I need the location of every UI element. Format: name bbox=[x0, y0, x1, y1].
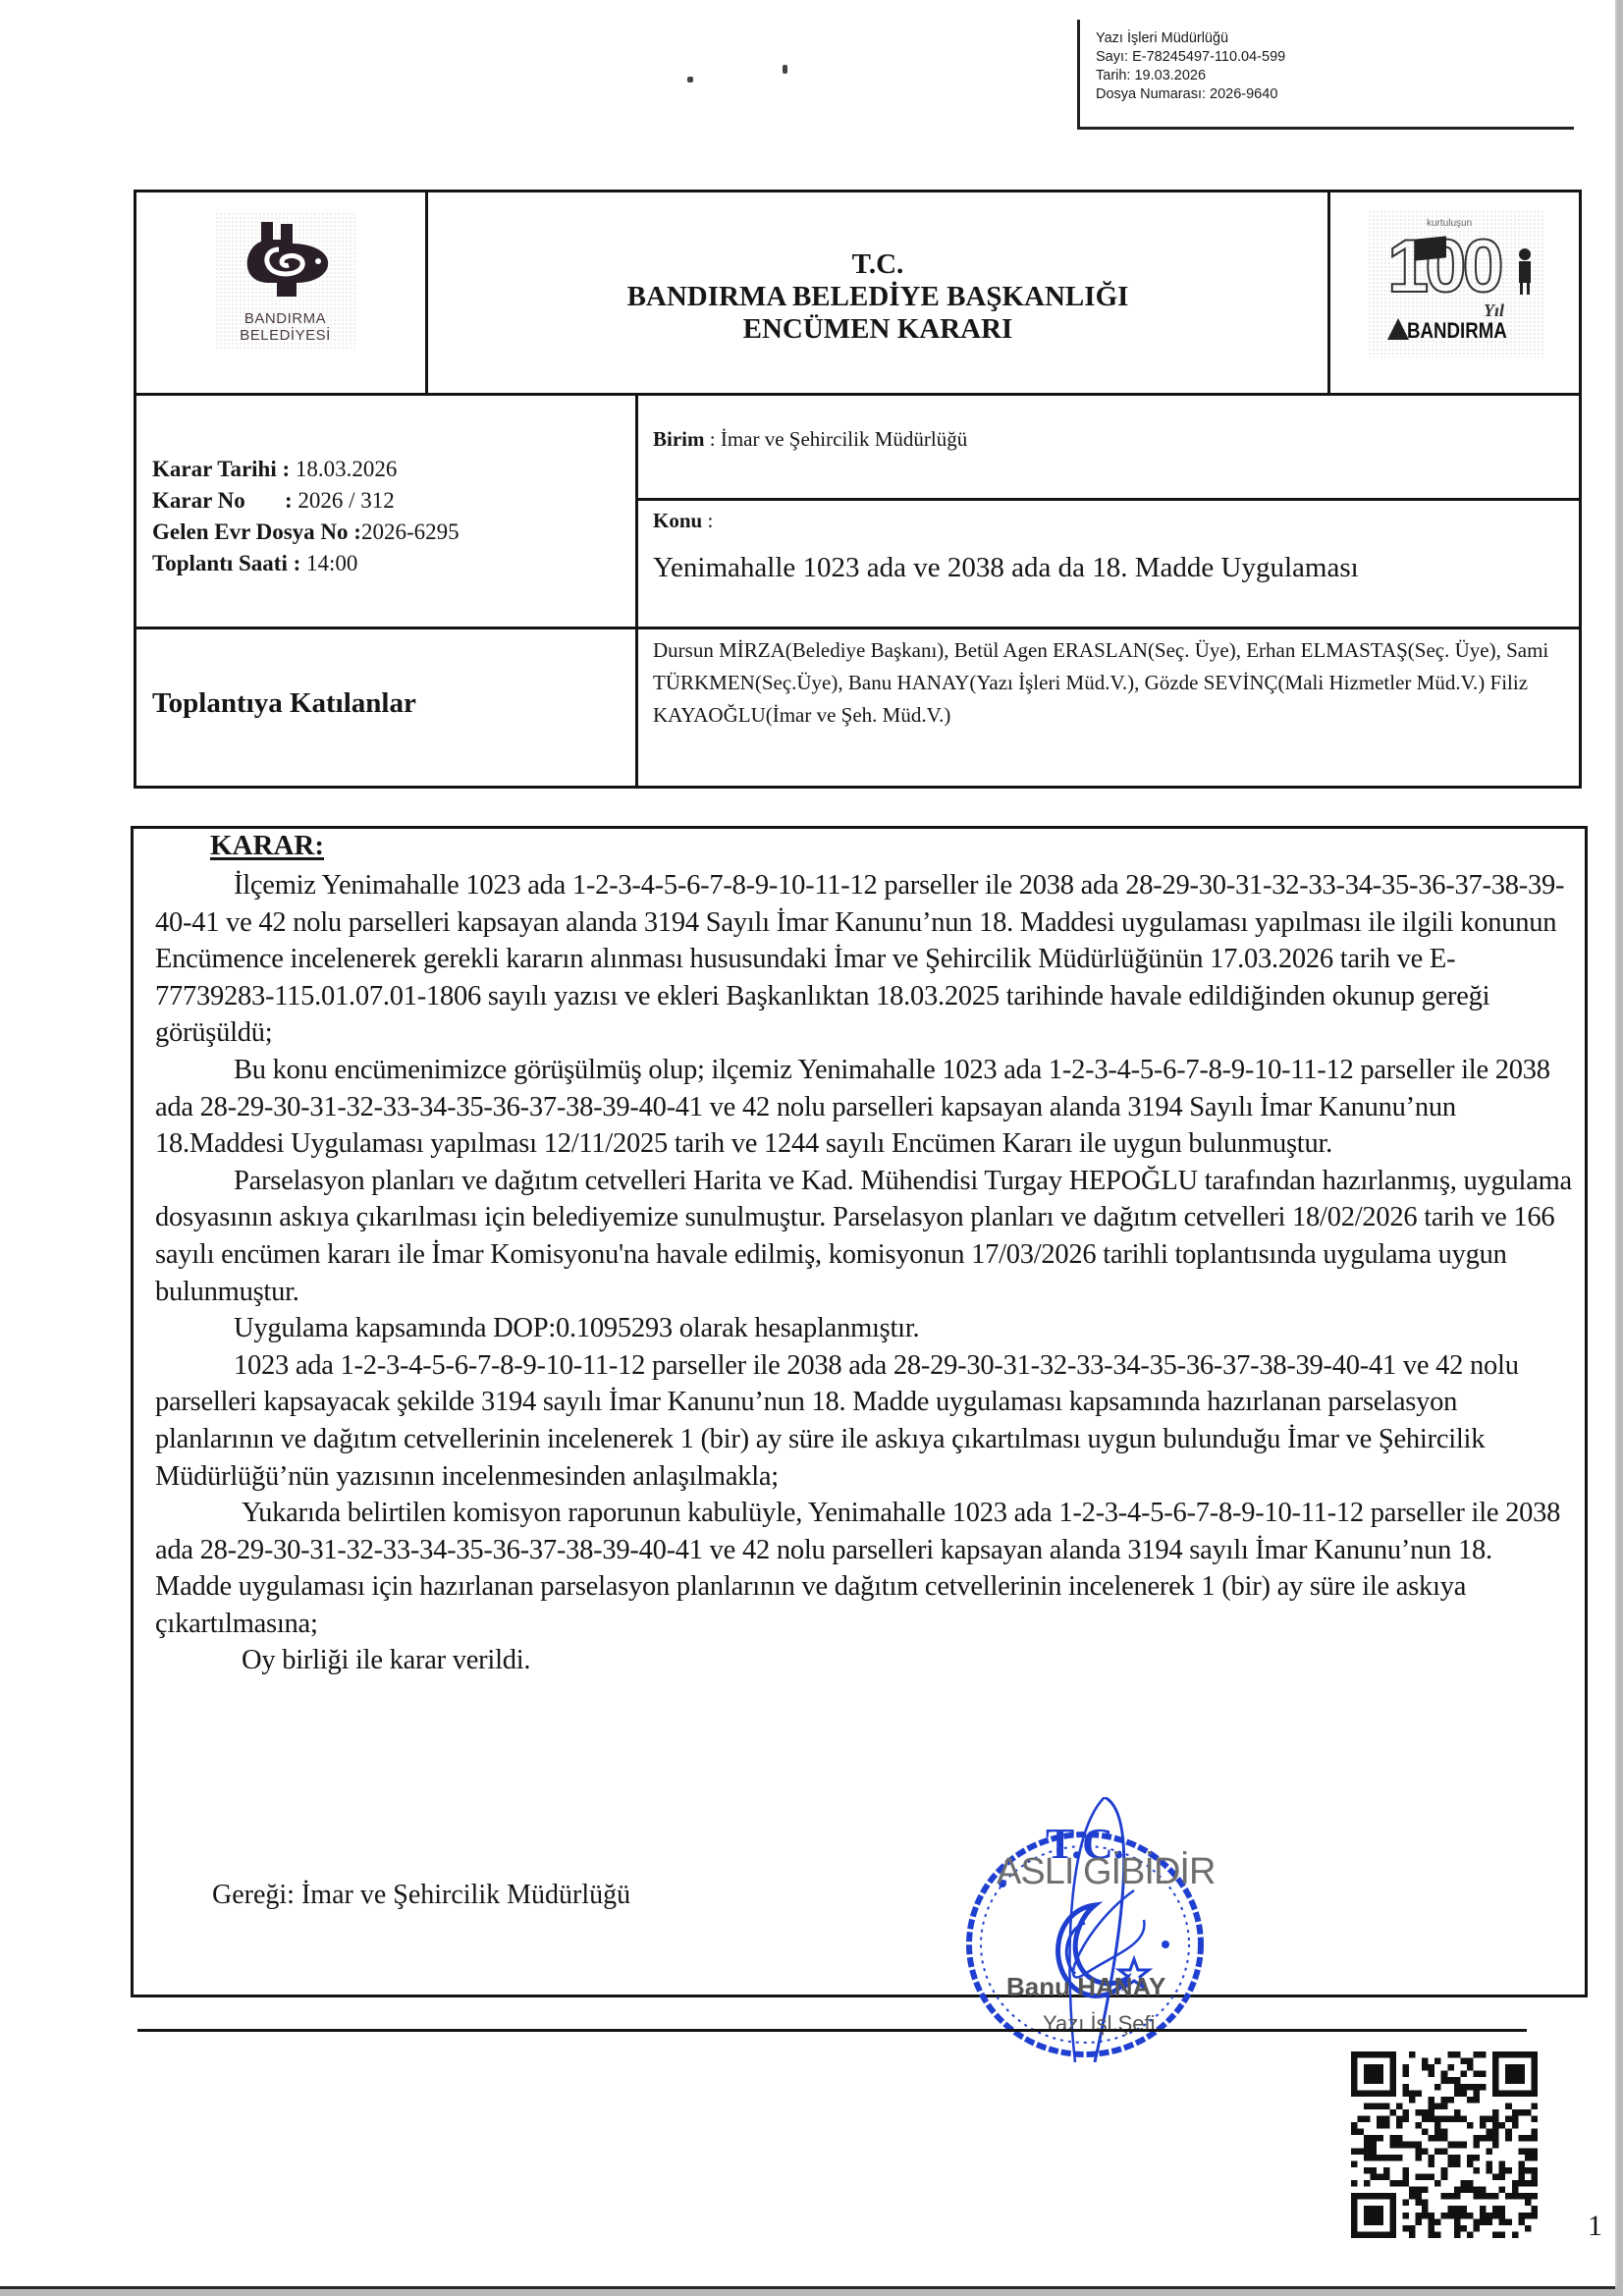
registry-dosya: Dosya Numarası: 2026-9640 bbox=[1096, 85, 1574, 104]
konu-label: Konu : bbox=[653, 509, 713, 533]
scan-artifact bbox=[783, 65, 787, 74]
divider bbox=[635, 393, 638, 786]
flag-icon bbox=[1415, 236, 1446, 260]
karar-info: Karar Tarihi : 18.03.2026 Karar No : 202… bbox=[152, 454, 460, 579]
katilanlar-list: Dursun MİRZA(Belediye Başkanı), Betül Ag… bbox=[653, 634, 1566, 732]
scan-artifact bbox=[687, 77, 693, 82]
katilanlar-label: Toplantıya Katılanlar bbox=[152, 687, 416, 720]
footer-divider bbox=[137, 2029, 1527, 2032]
header-title: T.C. BANDIRMA BELEDİYE BAŞKANLIĞI ENCÜME… bbox=[428, 192, 1327, 397]
registry-unit: Yazı İşleri Müdürlüğü bbox=[1096, 29, 1574, 48]
geregi-line: Gereği: İmar ve Şehircilik Müdürlüğü bbox=[212, 1880, 630, 1911]
figure-icon bbox=[1515, 247, 1535, 297]
karar-paragraph: Parselasyon planları ve dağıtım cetvelle… bbox=[155, 1163, 1574, 1310]
meta-table: Karar Tarihi : 18.03.2026 Karar No : 202… bbox=[134, 393, 1582, 789]
qr-code-icon bbox=[1351, 2051, 1538, 2238]
karar-section: KARAR: İlçemiz Yenimahalle 1023 ada 1-2-… bbox=[131, 826, 1588, 1997]
karar-paragraph: Oy birliği ile karar verildi. bbox=[155, 1642, 1574, 1679]
document-header: BANDIRMA BELEDİYESİ T.C. BANDIRMA BELEDİ… bbox=[134, 190, 1582, 396]
title-institution: BANDIRMA BELEDİYE BAŞKANLIĞI bbox=[627, 281, 1129, 313]
header-right-cell: kurtuluşun 100 Yıl BANDIRMA bbox=[1327, 192, 1579, 393]
registry-stamp: Yazı İşleri Müdürlüğü Sayı: E-78245497-1… bbox=[1077, 20, 1574, 130]
title-document-type: ENCÜMEN KARARI bbox=[743, 313, 1013, 346]
header-left-cell: BANDIRMA BELEDİYESİ bbox=[136, 192, 428, 393]
gelen-evr-row: Gelen Evr Dosya No :2026-6295 bbox=[152, 517, 460, 548]
karar-no-row: Karar No : 2026 / 312 bbox=[152, 485, 460, 517]
page-number: 1 bbox=[1588, 2210, 1602, 2243]
karar-paragraph: 1023 ada 1-2-3-4-5-6-7-8-9-10-11-12 pars… bbox=[155, 1347, 1574, 1495]
karar-tarihi: 18.03.2026 bbox=[296, 457, 398, 481]
bandirma-belediyesi-logo: BANDIRMA BELEDİYESİ bbox=[215, 212, 355, 350]
registry-tarih: Tarih: 19.03.2026 bbox=[1096, 67, 1574, 85]
karar-heading: KARAR: bbox=[210, 830, 324, 862]
karar-paragraph: Bu konu encümenimizce görüşülmüş olup; i… bbox=[155, 1052, 1574, 1163]
gelen-evr-dosya-no: 2026-6295 bbox=[361, 519, 460, 544]
karar-paragraph: Yukarıda belirtilen komisyon raporunun k… bbox=[155, 1495, 1574, 1642]
asli-gibidir-stamp: ASLI GİBİDİR bbox=[997, 1851, 1215, 1893]
title-tc: T.C. bbox=[852, 248, 904, 281]
signer-name: Banu HANAY bbox=[1006, 1972, 1165, 2002]
bandirma-100-yil-logo: kurtuluşun 100 Yıl BANDIRMA bbox=[1368, 210, 1544, 357]
logo-text: BANDIRMA BELEDİYESİ bbox=[215, 310, 355, 344]
bird-logo-icon bbox=[240, 220, 333, 308]
karar-body: İlçemiz Yenimahalle 1023 ada 1-2-3-4-5-6… bbox=[155, 867, 1574, 1679]
divider bbox=[635, 498, 1579, 501]
toplanti-saati-row: Toplantı Saati : 14:00 bbox=[152, 548, 460, 579]
registry-sayi: Sayı: E-78245497-110.04-599 bbox=[1096, 48, 1574, 67]
karar-paragraph: Uygulama kapsamında DOP:0.1095293 olarak… bbox=[155, 1310, 1574, 1347]
signer-title: Yazı İşl.Şefi bbox=[1043, 2011, 1156, 2037]
konu-value: Yenimahalle 1023 ada ve 2038 ada da 18. … bbox=[653, 552, 1359, 584]
tripod-icon bbox=[1387, 318, 1409, 340]
karar-no: 2026 / 312 bbox=[298, 488, 394, 513]
toplanti-saati: 14:00 bbox=[306, 551, 357, 575]
birim-field: Birim : İmar ve Şehircilik Müdürlüğü bbox=[653, 427, 967, 452]
divider bbox=[136, 627, 638, 629]
divider bbox=[635, 627, 1579, 629]
karar-paragraph: İlçemiz Yenimahalle 1023 ada 1-2-3-4-5-6… bbox=[155, 867, 1574, 1052]
document-page: Yazı İşleri Müdürlüğü Sayı: E-78245497-1… bbox=[0, 0, 1615, 2286]
karar-tarihi-row: Karar Tarihi : 18.03.2026 bbox=[152, 454, 460, 485]
